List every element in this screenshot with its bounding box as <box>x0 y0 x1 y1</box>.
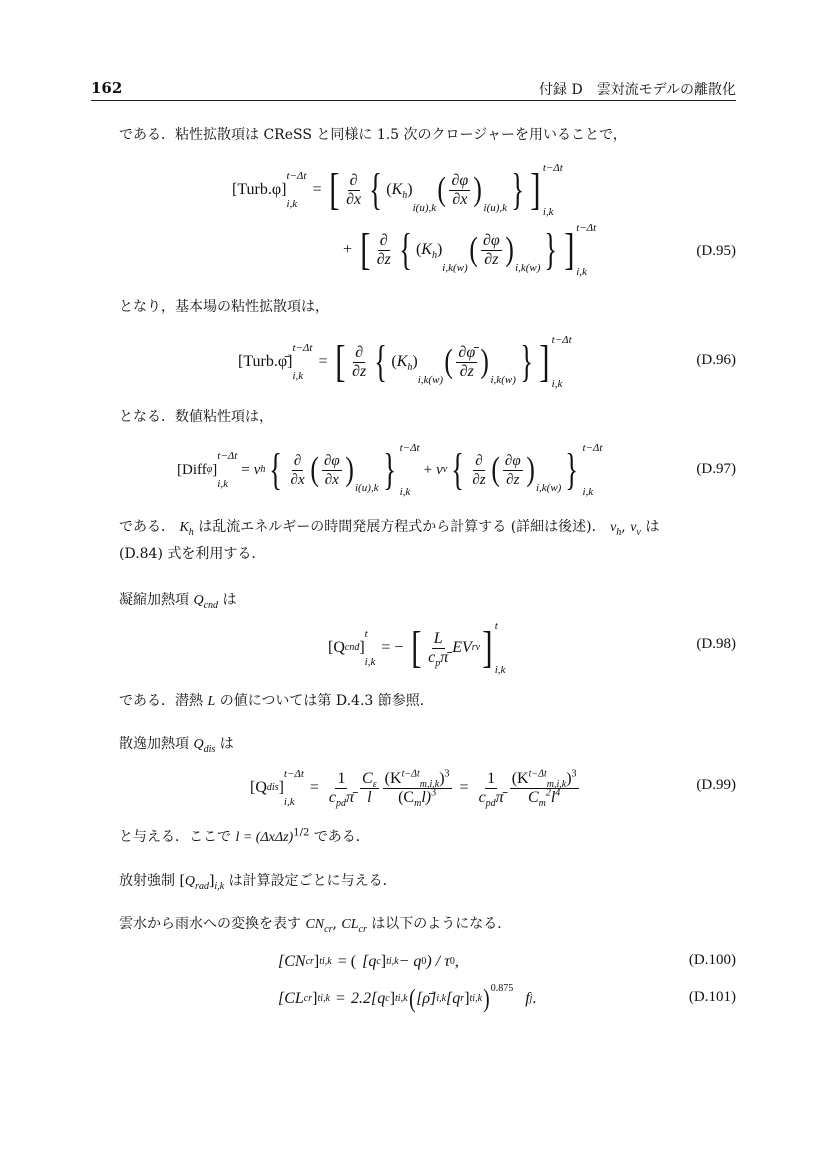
eq-lhs: [Turb.φ] <box>232 181 286 199</box>
equation-d95-line2: + [ ∂∂z { (Kh) i,k(w) ( ∂φ∂z ) i,k(w) } … <box>343 220 596 280</box>
paragraph-3: となる．数値粘性項は， <box>119 406 273 426</box>
equation-d95-line1: [Turb.φ] t−Δti,k = [ ∂∂x { (Kh) i(u),k (… <box>232 160 563 220</box>
equation-number-d98: (D.98) <box>696 636 736 653</box>
equation-d96: [Turb.φ̄] t−Δti,k = [ ∂∂z { (Kh) i,k(w) … <box>238 332 572 392</box>
page-number: 162 <box>91 79 122 97</box>
equation-d99: [Qdis] t−Δti,k = 1cpdπ̄ Cεl (Kt−Δtm,i,k)… <box>250 760 581 816</box>
paragraph-2: となり，基本場の粘性拡散項は， <box>119 296 329 316</box>
partial-z: ∂∂z <box>375 232 393 269</box>
equation-number-d99: (D.99) <box>696 777 736 794</box>
running-title: 付録 D 雲対流モデルの離散化 <box>539 79 736 99</box>
equation-number-d95: (D.95) <box>696 243 736 260</box>
equation-number-d101: (D.101) <box>689 989 736 1006</box>
paragraph-5: 凝縮加熱項 Qcnd は <box>119 589 236 609</box>
paragraph-4: である． Kh は乱流エネルギーの時間発展方程式から計算する (詳細は後述)． … <box>119 514 736 567</box>
equation-d101: [CLcr]ti,k = 2.2[qc]ti,k ( [ρ̄]i,k [qr]t… <box>278 984 536 1014</box>
paragraph-1: である．粘性拡散項は CReSS と同様に 1.5 次のクロージャーを用いること… <box>119 124 627 144</box>
eq-scripts: t−Δti,k <box>286 170 306 210</box>
paragraph-9: 放射強制 [Qrad]i,k は計算設定ごとに与える． <box>119 870 397 890</box>
equation-number-d97: (D.97) <box>696 461 736 478</box>
partial-x: ∂∂x <box>344 172 363 209</box>
equation-d97: [Diffφ] t−Δti,k = νh { ∂∂x ( ∂φ∂x ) i(u)… <box>177 440 602 500</box>
equation-d100: [CNcr]ti,k = ( [qc]ti,k − q0 ) / τ0, <box>278 948 459 976</box>
paragraph-8: と与える．ここで l = (ΔxΔz)1/2 である． <box>119 826 370 846</box>
equation-number-d96: (D.96) <box>696 352 736 369</box>
paragraph-7: 散逸加熱項 Qdis は <box>119 733 234 753</box>
paragraph-10: 雲水から雨水への変換を表す CNcr, CLcr は以下のようになる． <box>119 913 511 933</box>
equation-d98: [Qcnd] ti,k = − [ Lcpπ̄ EVrv ] ti,k <box>328 618 505 678</box>
equation-number-d100: (D.100) <box>689 952 736 969</box>
paragraph-6: である．潜熱 L の値については第 D.4.3 節参照． <box>119 690 434 710</box>
page-header: 162 付録 D 雲対流モデルの離散化 <box>91 78 736 101</box>
